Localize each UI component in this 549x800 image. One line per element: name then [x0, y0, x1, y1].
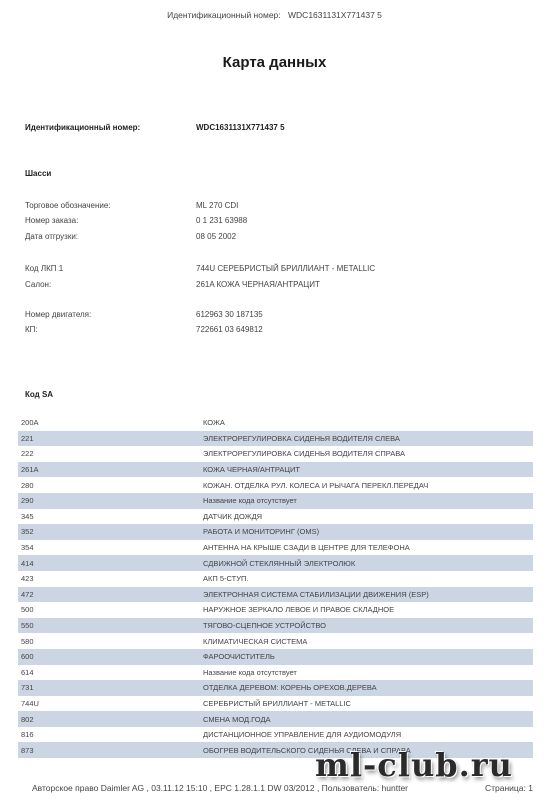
- sa-code: 290: [18, 496, 203, 505]
- field-value: 261A КОЖА ЧЕРНАЯ/АНТРАЦИТ: [196, 280, 320, 289]
- sa-description: СМЕНА МОД.ГОДА: [203, 715, 533, 724]
- field-label: КП:: [25, 325, 38, 334]
- table-row: 472ЭЛЕКТРОННАЯ СИСТЕМА СТАБИЛИЗАЦИИ ДВИЖ…: [18, 587, 533, 603]
- table-row: 414СДВИЖНОЙ СТЕКЛЯННЫЙ ЭЛЕКТРОЛЮК: [18, 555, 533, 571]
- sa-codes-table: 200AКОЖА221ЭЛЕКТРОРЕГУЛИРОВКА СИДЕНЬЯ ВО…: [18, 415, 533, 758]
- sa-code: 802: [18, 715, 203, 724]
- sa-code: 873: [18, 746, 203, 755]
- page-number: Страница: 1: [485, 783, 533, 793]
- field-label: Номер двигателя:: [25, 310, 91, 319]
- sa-description: ДИСТАНЦИОННОЕ УПРАВЛЕНИЕ ДЛЯ АУДИОМОДУЛЯ: [203, 730, 533, 739]
- sa-description: ЭЛЕКТРОННАЯ СИСТЕМА СТАБИЛИЗАЦИИ ДВИЖЕНИ…: [203, 590, 533, 599]
- field-label: Дата отгрузки:: [25, 232, 78, 241]
- table-row: 731ОТДЕЛКА ДЕРЕВОМ: КОРЕНЬ ОРЕХОВ.ДЕРЕВА: [18, 680, 533, 696]
- sa-code: 221: [18, 434, 203, 443]
- sa-description: ОТДЕЛКА ДЕРЕВОМ: КОРЕНЬ ОРЕХОВ.ДЕРЕВА: [203, 683, 533, 692]
- watermark-logo: ml-club.ru: [315, 746, 513, 784]
- sa-code: 345: [18, 512, 203, 521]
- field-label: Торговое обозначение:: [25, 201, 111, 210]
- table-row: 345ДАТЧИК ДОЖДЯ: [18, 509, 533, 525]
- table-row: 600ФАРООЧИСТИТЕЛЬ: [18, 649, 533, 665]
- field-value: 0 1 231 63988: [196, 216, 247, 225]
- sa-description: ТЯГОВО-СЦЕПНОЕ УСТРОЙСТВО: [203, 621, 533, 630]
- header-id-value: WDC1631131X771437 5: [288, 10, 382, 20]
- sa-code: 414: [18, 559, 203, 568]
- sa-description: КЛИМАТИЧЕСКАЯ СИСТЕМА: [203, 637, 533, 646]
- vin-label: Идентификационный номер:: [25, 123, 140, 132]
- page-title: Карта данных: [0, 54, 549, 71]
- sa-description: РАБОТА И МОНИТОРИНГ (OMS): [203, 527, 533, 536]
- vin-value: WDC1631131X771437 5: [196, 123, 285, 132]
- sa-code: 472: [18, 590, 203, 599]
- sa-description: НАРУЖНОЕ ЗЕРКАЛО ЛЕВОЕ И ПРАВОЕ СКЛАДНОЕ: [203, 605, 533, 614]
- sa-description: Название кода отсутствует: [203, 496, 533, 505]
- sa-description: КОЖА: [203, 418, 533, 427]
- sa-code: 600: [18, 652, 203, 661]
- field-value: 612963 30 187135: [196, 310, 263, 319]
- sa-code: 280: [18, 481, 203, 490]
- sa-code: 423: [18, 574, 203, 583]
- table-row: 500НАРУЖНОЕ ЗЕРКАЛО ЛЕВОЕ И ПРАВОЕ СКЛАД…: [18, 602, 533, 618]
- sa-description: Название кода отсутствует: [203, 668, 533, 677]
- sa-code: 500: [18, 605, 203, 614]
- table-row: 550ТЯГОВО-СЦЕПНОЕ УСТРОЙСТВО: [18, 618, 533, 634]
- table-row: 290Название кода отсутствует: [18, 493, 533, 509]
- table-row: 580КЛИМАТИЧЕСКАЯ СИСТЕМА: [18, 633, 533, 649]
- sa-code: 614: [18, 668, 203, 677]
- field-value: 08 05 2002: [196, 232, 236, 241]
- field-value: 744U СЕРЕБРИСТЫЙ БРИЛЛИАНТ - METALLIC: [196, 264, 375, 273]
- page-header: Идентификационный номер: WDC1631131X7714…: [0, 10, 549, 20]
- sa-description: АНТЕННА НА КРЫШЕ СЗАДИ В ЦЕНТРЕ ДЛЯ ТЕЛЕ…: [203, 543, 533, 552]
- table-row: 200AКОЖА: [18, 415, 533, 431]
- table-row: 222ЭЛЕКТРОРЕГУЛИРОВКА СИДЕНЬЯ ВОДИТЕЛЯ С…: [18, 446, 533, 462]
- table-row: 280КОЖАН. ОТДЕЛКА РУЛ. КОЛЕСА И РЫЧАГА П…: [18, 477, 533, 493]
- sa-code: 352: [18, 527, 203, 536]
- table-row: 802СМЕНА МОД.ГОДА: [18, 711, 533, 727]
- sa-code: 222: [18, 449, 203, 458]
- sa-description: ДАТЧИК ДОЖДЯ: [203, 512, 533, 521]
- table-row: 352РАБОТА И МОНИТОРИНГ (OMS): [18, 524, 533, 540]
- field-label: Код ЛКП 1: [25, 264, 63, 273]
- sa-code: 354: [18, 543, 203, 552]
- sa-description: КОЖАН. ОТДЕЛКА РУЛ. КОЛЕСА И РЫЧАГА ПЕРЕ…: [203, 481, 533, 490]
- footer-copyright: Авторское право Daimler AG , 03.11.12 15…: [32, 783, 408, 793]
- sa-description: КОЖА ЧЕРНАЯ/АНТРАЦИТ: [203, 465, 533, 474]
- sa-description: ЭЛЕКТРОРЕГУЛИРОВКА СИДЕНЬЯ ВОДИТЕЛЯ СЛЕВ…: [203, 434, 533, 443]
- sa-code: 261A: [18, 465, 203, 474]
- field-value: 722661 03 649812: [196, 325, 263, 334]
- table-row: 221ЭЛЕКТРОРЕГУЛИРОВКА СИДЕНЬЯ ВОДИТЕЛЯ С…: [18, 431, 533, 447]
- sa-description: СДВИЖНОЙ СТЕКЛЯННЫЙ ЭЛЕКТРОЛЮК: [203, 559, 533, 568]
- field-label: Номер заказа:: [25, 216, 78, 225]
- sa-code: 816: [18, 730, 203, 739]
- sa-description: АКП 5-СТУП.: [203, 574, 533, 583]
- page-footer: Авторское право Daimler AG , 03.11.12 15…: [32, 783, 408, 793]
- sa-description: СЕРЕБРИСТЫЙ БРИЛЛИАНТ - METALLIC: [203, 699, 533, 708]
- table-row: 261AКОЖА ЧЕРНАЯ/АНТРАЦИТ: [18, 462, 533, 478]
- field-value: ML 270 CDI: [196, 201, 238, 210]
- sa-code: 580: [18, 637, 203, 646]
- sa-section-title: Код SA: [25, 390, 53, 399]
- table-row: 816ДИСТАНЦИОННОЕ УПРАВЛЕНИЕ ДЛЯ АУДИОМОД…: [18, 727, 533, 743]
- table-row: 744UСЕРЕБРИСТЫЙ БРИЛЛИАНТ - METALLIC: [18, 696, 533, 712]
- sa-code: 550: [18, 621, 203, 630]
- sa-code: 731: [18, 683, 203, 692]
- sa-description: ФАРООЧИСТИТЕЛЬ: [203, 652, 533, 661]
- sa-description: ЭЛЕКТРОРЕГУЛИРОВКА СИДЕНЬЯ ВОДИТЕЛЯ СПРА…: [203, 449, 533, 458]
- table-row: 423АКП 5-СТУП.: [18, 571, 533, 587]
- field-label: Салон:: [25, 280, 51, 289]
- chassis-section-title: Шасси: [25, 169, 51, 178]
- sa-code: 744U: [18, 699, 203, 708]
- sa-code: 200A: [18, 418, 203, 427]
- table-row: 354АНТЕННА НА КРЫШЕ СЗАДИ В ЦЕНТРЕ ДЛЯ Т…: [18, 540, 533, 556]
- header-id-label: Идентификационный номер:: [167, 10, 281, 20]
- table-row: 614Название кода отсутствует: [18, 665, 533, 681]
